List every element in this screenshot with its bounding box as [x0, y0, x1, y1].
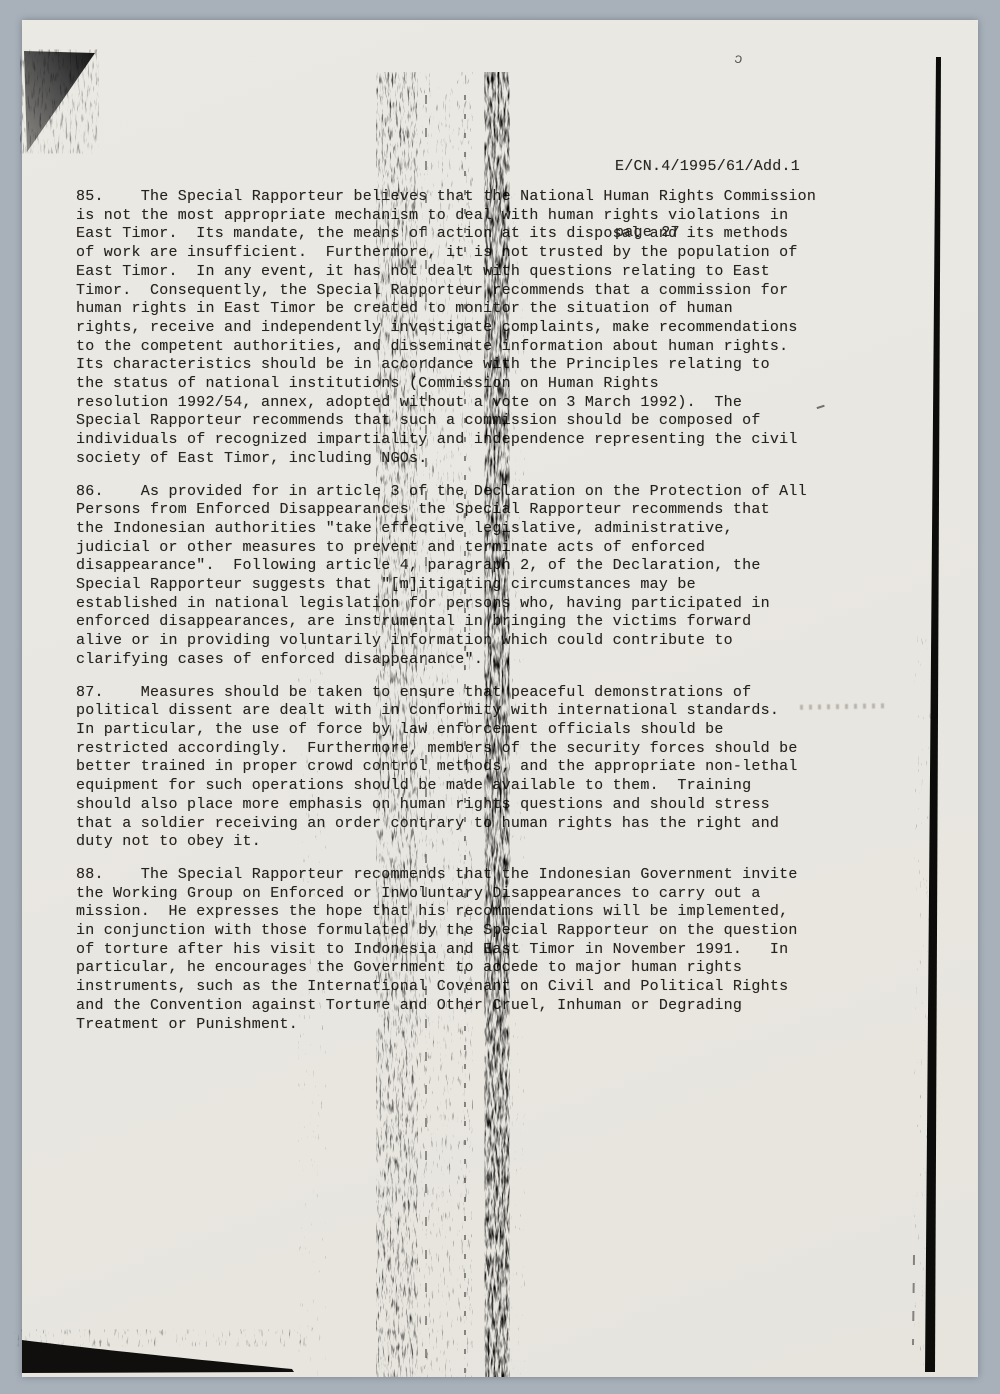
- paragraph-87: 87. Measures should be taken to ensure t…: [76, 684, 848, 852]
- document-body: 85. The Special Rapporteur believes that…: [76, 188, 848, 1048]
- stray-mark: ɔ: [732, 51, 744, 68]
- document-page: E/CN.4/1995/61/Add.1 page 27 85. The Spe…: [22, 20, 978, 1377]
- paragraph-85: 85. The Special Rapporteur believes that…: [76, 188, 848, 469]
- faint-smudge: [800, 703, 890, 710]
- paragraph-86: 86. As provided for in article 3 of the …: [76, 483, 848, 670]
- paragraph-88: 88. The Special Rapporteur recommends th…: [76, 866, 848, 1034]
- document-symbol: E/CN.4/1995/61/Add.1: [615, 156, 800, 178]
